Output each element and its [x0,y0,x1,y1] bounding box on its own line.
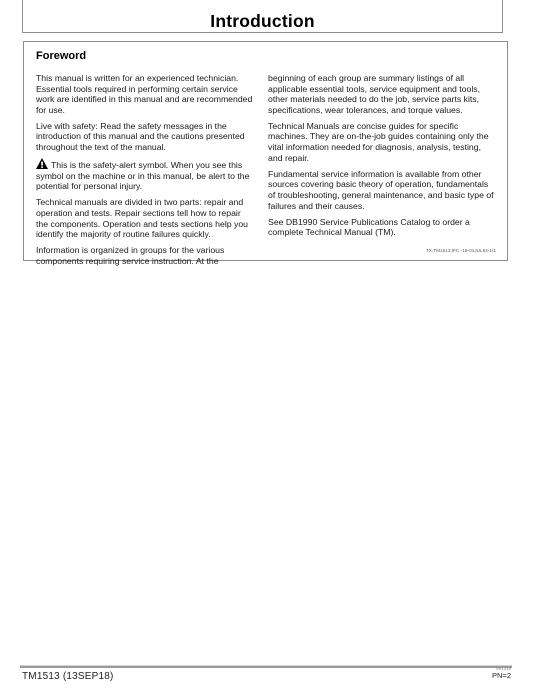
manual-page: Introduction Foreword This manual is wri… [0,0,541,700]
safety-alert-icon [36,158,48,169]
paragraph: Technical Manuals are concise guides for… [268,121,497,163]
footer-rule [20,665,512,668]
foreword-heading: Foreword [36,50,497,62]
paragraph: Fundamental service information is avail… [268,169,497,211]
footer-manual-id: TM1513 (13SEP18) [22,671,114,682]
safety-paragraph: This is the safety-alert symbol. When yo… [36,158,253,192]
paragraph: This manual is written for an experience… [36,73,253,115]
paragraph: See DB1990 Service Publications Catalog … [268,217,497,238]
two-column-text: This manual is written for an experience… [36,73,497,272]
paragraph: Live with safety: Read the safety messag… [36,121,253,153]
page-title: Introduction [23,0,502,31]
footer-right-block: 091318 PN=2 [492,666,511,680]
introduction-header-box: Introduction [22,0,503,33]
paragraph: Technical manuals are divided in two par… [36,197,253,239]
right-column: beginning of each group are summary list… [268,73,497,272]
safety-paragraph-text: This is the safety-alert symbol. When yo… [36,160,249,191]
foreword-section: Foreword This manual is written for an e… [23,41,508,261]
footer-page-number: PN=2 [492,672,511,680]
paragraph: beginning of each group are summary list… [268,73,497,115]
left-column: This manual is written for an experience… [36,73,253,272]
reference-code: TX,TM1513,IFC -19-01JUL94-1/1 [426,248,496,253]
paragraph: Information is organized in groups for t… [36,245,253,266]
